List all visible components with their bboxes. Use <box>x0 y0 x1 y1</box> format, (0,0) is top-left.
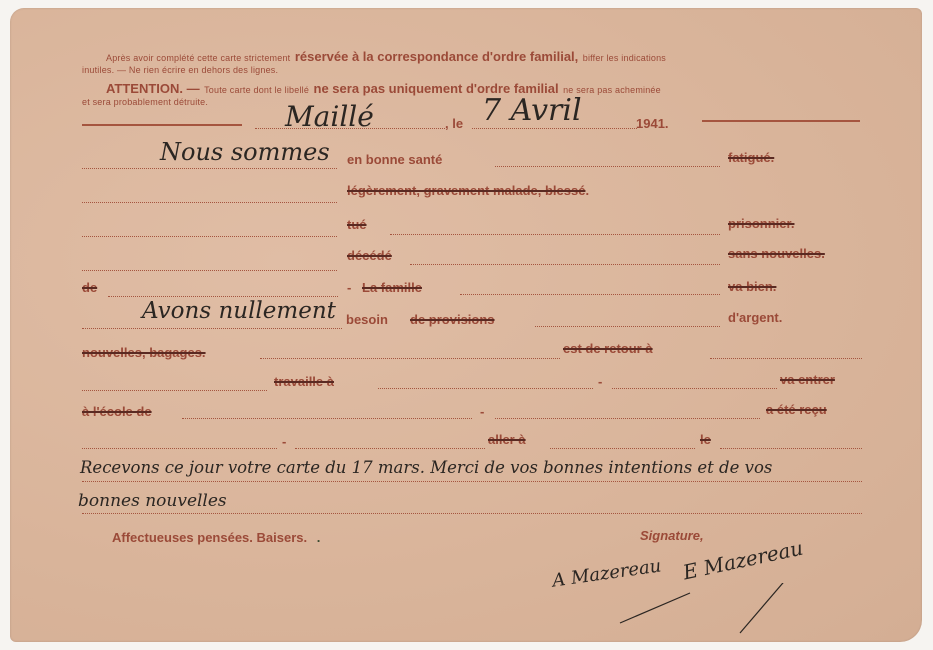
row9-blank <box>182 418 472 419</box>
instruction-text: Toute carte dont le libellé <box>204 85 309 95</box>
row9-text-b: a été reçu <box>766 402 827 417</box>
row5-dash: - <box>347 280 351 295</box>
row1-blank-2 <box>495 166 720 167</box>
instruction-text: Après avoir complété cette carte stricte… <box>106 53 290 63</box>
row1-blank <box>82 168 337 169</box>
row4-blank <box>82 270 337 271</box>
row10-blank-4 <box>720 448 862 449</box>
row8-blank <box>82 390 267 391</box>
message-handwritten-2: bonnes nouvelles <box>78 491 227 511</box>
row8-blank-2 <box>378 388 593 389</box>
row5-blank-2 <box>460 294 720 295</box>
rule-left <box>82 124 242 126</box>
row4-text-b: sans nouvelles. <box>728 246 825 261</box>
row5-text-b: va bien. <box>728 279 776 294</box>
message-line-2 <box>82 513 862 514</box>
row2-struck: légèrement, gravement malade, blessé <box>347 183 585 198</box>
instructions-line-2: inutiles. — Ne rien écrire en dehors des… <box>82 65 278 75</box>
row9-blank-2 <box>495 418 760 419</box>
row8-dash: - <box>598 374 602 389</box>
date-line <box>472 128 637 129</box>
row6-text-b: de provisions <box>410 312 495 327</box>
instruction-text: biffer les indications <box>583 53 666 63</box>
message-line-1 <box>82 481 862 482</box>
row10-blank-3 <box>550 448 695 449</box>
date-handwritten: 7 Avril <box>482 93 582 128</box>
signature-label: Signature, <box>640 528 704 543</box>
row4-blank-2 <box>410 264 720 265</box>
rule-right <box>702 120 860 122</box>
closing-phrase: Affectueuses pensées. Baisers. <box>112 530 307 545</box>
row7-blank <box>260 358 560 359</box>
row9-text-a: à l'école de <box>82 404 152 419</box>
row3-blank-2 <box>390 234 720 235</box>
place-handwritten: Maillé <box>285 100 374 133</box>
row9-dash: - <box>480 404 484 419</box>
row8-text-b: va entrer <box>780 372 835 387</box>
closing-dot: . <box>317 530 321 545</box>
year: 1941. <box>636 116 669 131</box>
row10-text-b: le <box>700 432 711 447</box>
attention-label: ATTENTION. — <box>106 81 200 96</box>
instruction-emphasis: réservée à la correspondance d'ordre fam… <box>295 49 578 64</box>
instructions-line-1: Après avoir complété cette carte stricte… <box>106 48 666 66</box>
row6-text-c: d'argent. <box>728 310 782 325</box>
postcard: Après avoir complété cette carte stricte… <box>10 8 922 642</box>
row5-de: de <box>82 280 97 295</box>
row7-blank-2 <box>710 358 862 359</box>
row6-text-a: besoin <box>346 312 388 327</box>
row8-blank-3 <box>612 388 777 389</box>
row1-text-a: en bonne santé <box>347 152 442 167</box>
row6-handwritten: Avons nullement <box>142 298 336 324</box>
row10-blank-2 <box>295 448 485 449</box>
row6-blank <box>82 328 342 329</box>
row2-text: légèrement, gravement malade, blessé. <box>347 183 589 198</box>
row7-text-b: est de retour à <box>563 341 653 356</box>
row10-blank <box>82 448 277 449</box>
row8-text-a: travaille à <box>274 374 334 389</box>
instructions-line-4: et sera probablement détruite. <box>82 97 208 107</box>
message-handwritten-1: Recevons ce jour votre carte du 17 mars.… <box>80 458 772 477</box>
row1-handwritten: Nous sommes <box>160 138 330 166</box>
le-label: , le <box>445 116 463 131</box>
closing-text: Affectueuses pensées. Baisers. . <box>112 530 320 545</box>
row7-text-a: nouvelles, bagages. <box>82 345 206 360</box>
row4-text-a: décédé <box>347 248 392 263</box>
row5-text-a: La famille <box>362 280 422 295</box>
row5-blank <box>108 296 338 297</box>
row10-dash: - <box>282 434 286 449</box>
row2-blank <box>82 202 337 203</box>
row2-dot: . <box>585 183 589 198</box>
row10-text-a: aller à <box>488 432 526 447</box>
row3-blank <box>82 236 337 237</box>
signature-flourish <box>610 583 810 643</box>
row6-blank-2 <box>535 326 720 327</box>
row1-text-b: fatigué. <box>728 150 774 165</box>
row3-text-b: prisonnier. <box>728 216 794 231</box>
row3-text-a: tué <box>347 217 367 232</box>
